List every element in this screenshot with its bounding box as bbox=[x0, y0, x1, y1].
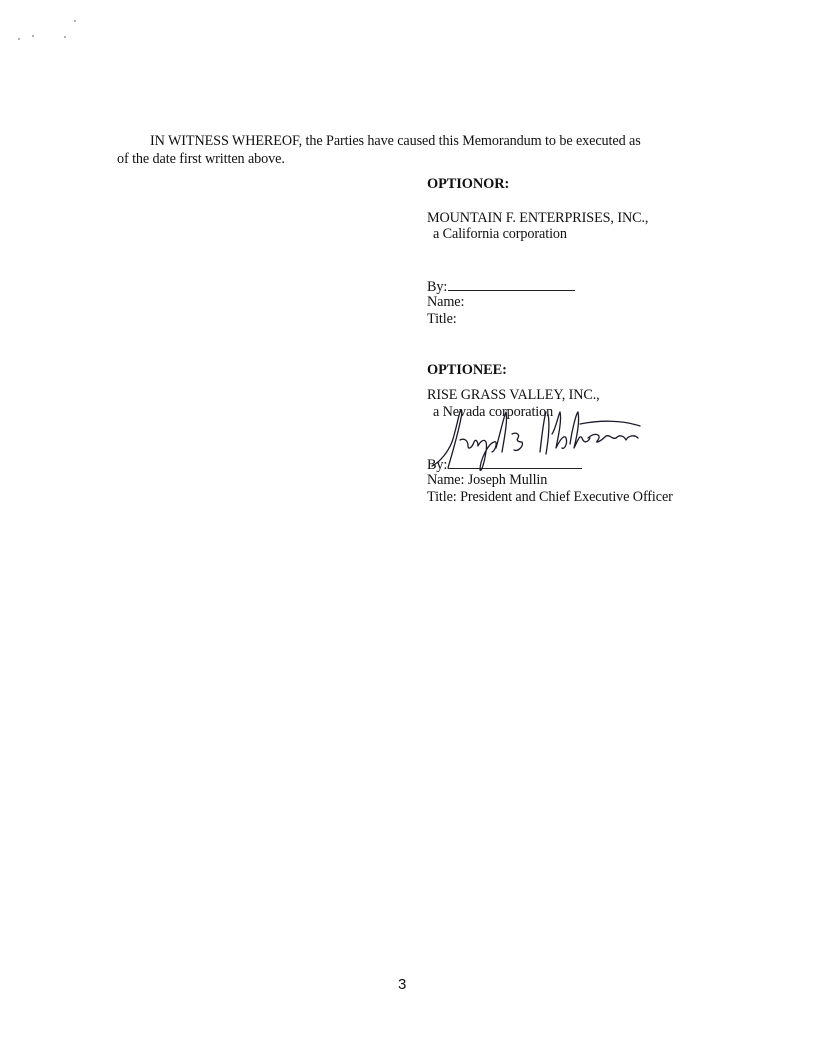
optionee-entity: RISE GRASS VALLEY, INC., bbox=[427, 387, 600, 403]
scan-speck bbox=[64, 36, 66, 38]
optionee-title-line: Title: President and Chief Executive Off… bbox=[427, 489, 673, 505]
optionor-by-line: By: bbox=[427, 277, 575, 295]
optionee-name-line: Name: Joseph Mullin bbox=[427, 472, 547, 488]
scan-speck bbox=[32, 35, 34, 37]
scan-speck bbox=[18, 38, 20, 40]
handwritten-signature-icon bbox=[430, 404, 660, 474]
optionor-signature-line bbox=[448, 277, 575, 291]
witness-clause-line-1: IN WITNESS WHEREOF, the Parties have cau… bbox=[150, 133, 641, 149]
scan-speck bbox=[74, 20, 76, 22]
document-page: IN WITNESS WHEREOF, the Parties have cau… bbox=[0, 0, 816, 1056]
optionee-heading: OPTIONEE: bbox=[427, 362, 507, 378]
optionor-name-label: Name: bbox=[427, 294, 464, 310]
page-number: 3 bbox=[398, 976, 406, 993]
optionor-entity: MOUNTAIN F. ENTERPRISES, INC., bbox=[427, 210, 648, 226]
witness-clause-line-2: of the date first written above. bbox=[117, 151, 285, 167]
optionor-by-label: By: bbox=[427, 279, 447, 295]
optionor-title-label: Title: bbox=[427, 311, 457, 327]
optionor-entity-desc: a California corporation bbox=[433, 226, 567, 242]
optionor-heading: OPTIONOR: bbox=[427, 176, 509, 192]
